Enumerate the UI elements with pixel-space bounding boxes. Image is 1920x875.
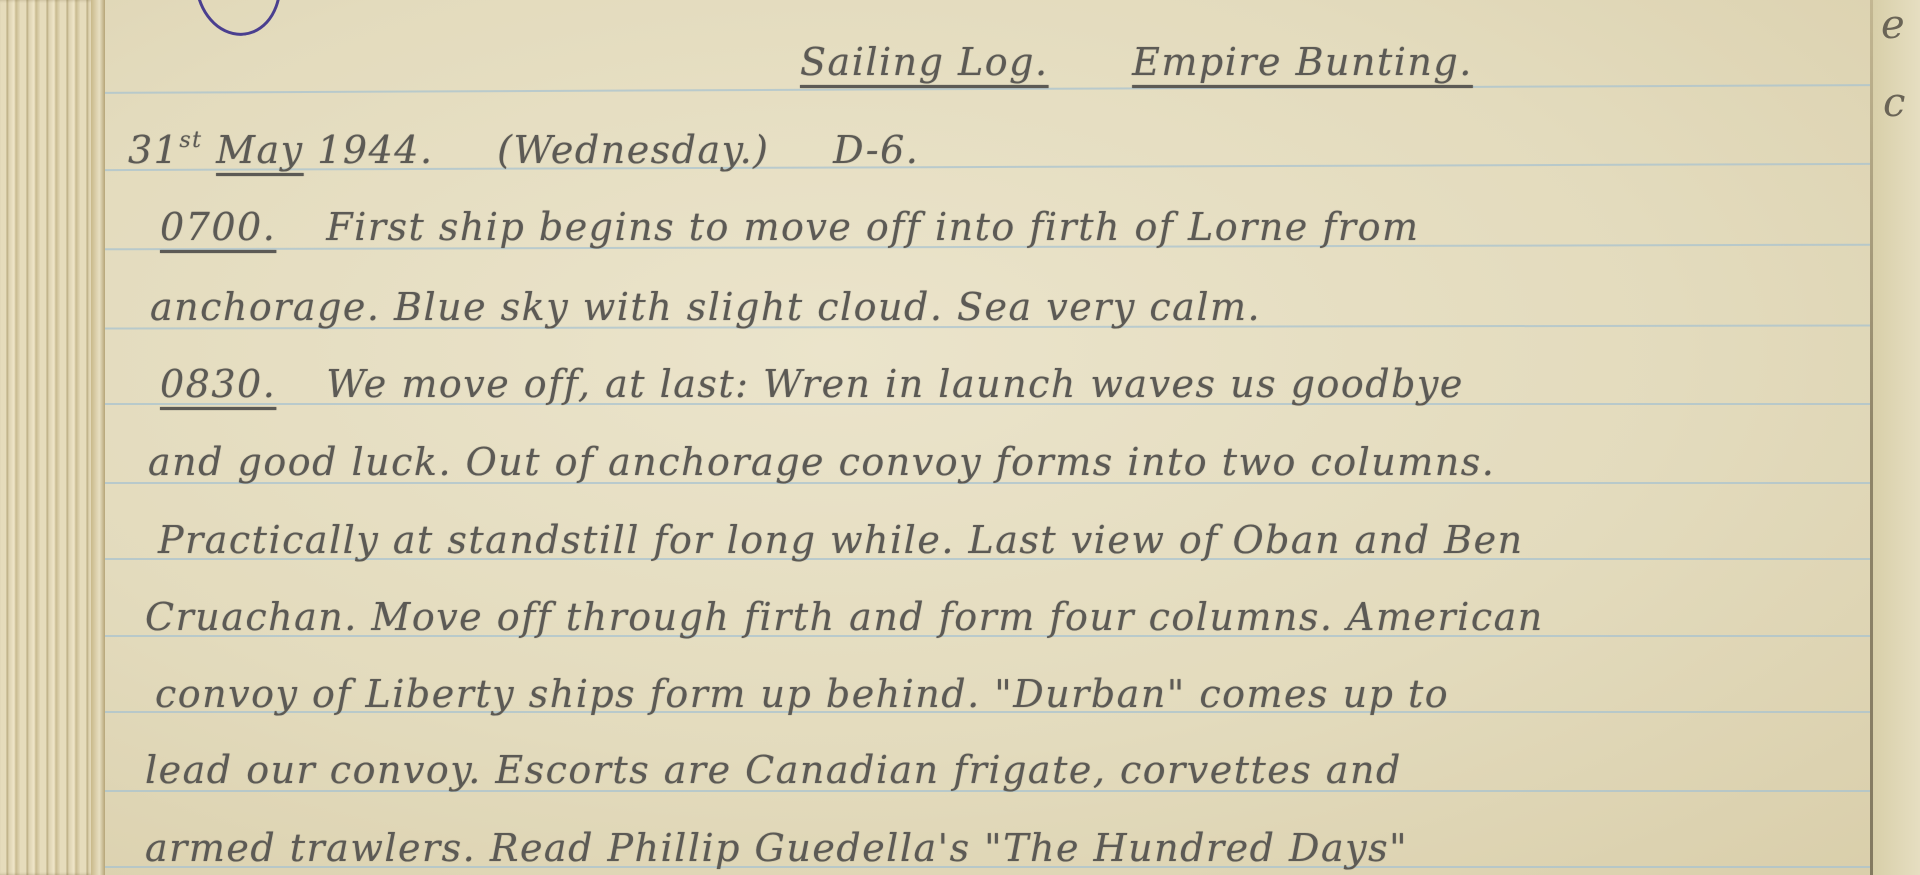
entry-line: Cruachan. Move off through firth and for…: [145, 595, 1544, 639]
entry-text: lead our convoy. Escorts are Canadian fr…: [145, 748, 1402, 792]
next-page-fragment: c: [1883, 80, 1905, 126]
entry-line: Practically at standstill for long while…: [158, 518, 1524, 562]
entry-text: armed trawlers. Read Phillip Guedella's …: [145, 826, 1408, 870]
date: 31st May 1944.: [128, 128, 434, 172]
entry-text: First ship begins to move off into firth…: [326, 205, 1419, 249]
book-page-edges: [0, 0, 105, 875]
date-day-suffix: st: [179, 128, 202, 153]
weekday: (Wednesday.): [497, 128, 769, 172]
entry-time: 0700.: [160, 205, 276, 249]
date-day: 31: [128, 128, 179, 172]
entry-text: Cruachan. Move off through firth and for…: [145, 595, 1544, 639]
next-page-edge: e c: [1873, 0, 1920, 875]
entry-line: 0830.We move off, at last: Wren in launc…: [160, 362, 1464, 406]
page-header: Sailing Log. Empire Bunting.: [800, 40, 1543, 84]
log-title: Sailing Log.: [800, 40, 1049, 84]
date-line: 31st May 1944. (Wednesday.) D-6.: [128, 128, 919, 172]
d-day-marker: D-6.: [833, 128, 919, 172]
entry-line: anchorage. Blue sky with slight cloud. S…: [150, 285, 1261, 329]
entry-line: and good luck. Out of anchorage convoy f…: [148, 440, 1495, 484]
entry-text: Practically at standstill for long while…: [158, 518, 1524, 562]
entry-text: and good luck. Out of anchorage convoy f…: [148, 440, 1495, 484]
entry-text: convoy of Liberty ships form up behind. …: [155, 672, 1449, 716]
date-month: May: [216, 128, 304, 172]
entry-line: lead our convoy. Escorts are Canadian fr…: [145, 748, 1402, 792]
entry-line: convoy of Liberty ships form up behind. …: [155, 672, 1449, 716]
entry-time: 0830.: [160, 362, 276, 406]
diary-scan: e c Sailing Log. Empire Bunting. 31st Ma…: [0, 0, 1920, 875]
entry-line: 0700.First ship begins to move off into …: [160, 205, 1420, 249]
ruled-line: [105, 84, 1870, 94]
date-year: 1944.: [317, 128, 433, 172]
ship-name: Empire Bunting.: [1132, 40, 1473, 84]
entry-text: We move off, at last: Wren in launch wav…: [326, 362, 1464, 406]
entry-text: anchorage. Blue sky with slight cloud. S…: [150, 285, 1261, 329]
entry-line: armed trawlers. Read Phillip Guedella's …: [145, 826, 1408, 870]
next-page-fragment: e: [1881, 2, 1905, 48]
